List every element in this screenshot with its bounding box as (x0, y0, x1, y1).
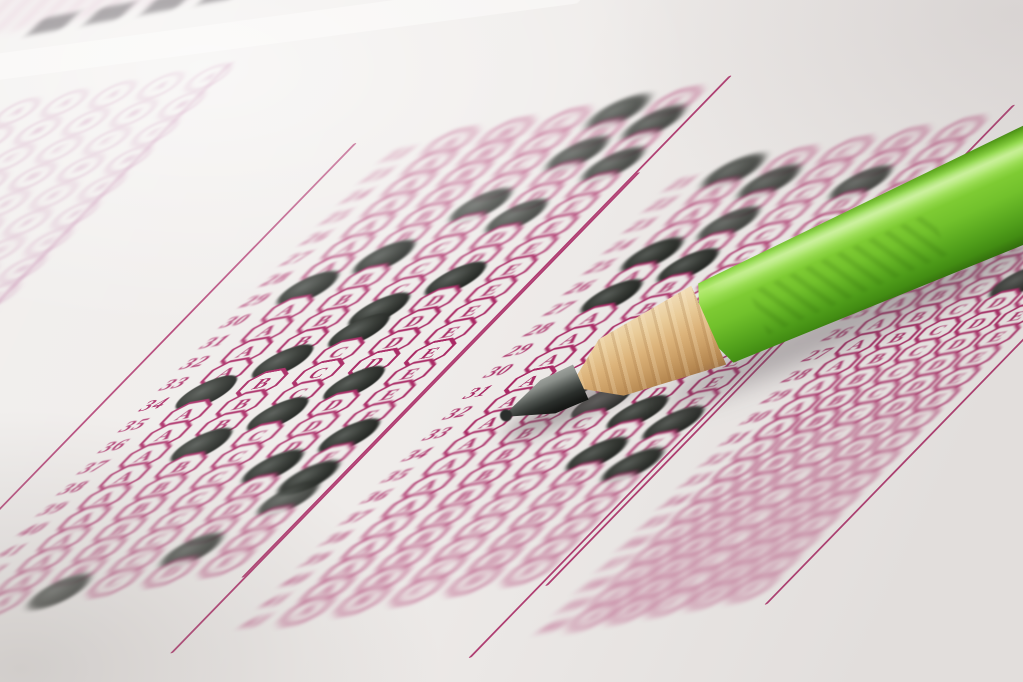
photo-answer-sheet: AABCABCDEABCDEFGABCDEFGHIABCDEFGHIJ22ABC… (0, 0, 1023, 682)
sheet-plane: AABCABCDEABCDEFGABCDEFGHIABCDEFGHIJ22ABC… (279, 250, 281, 251)
timing-mark (198, 0, 251, 5)
name-grid-bubble: H (0, 253, 53, 285)
name-grid-bubble: A (178, 61, 239, 93)
question-number: 42 (212, 610, 276, 637)
